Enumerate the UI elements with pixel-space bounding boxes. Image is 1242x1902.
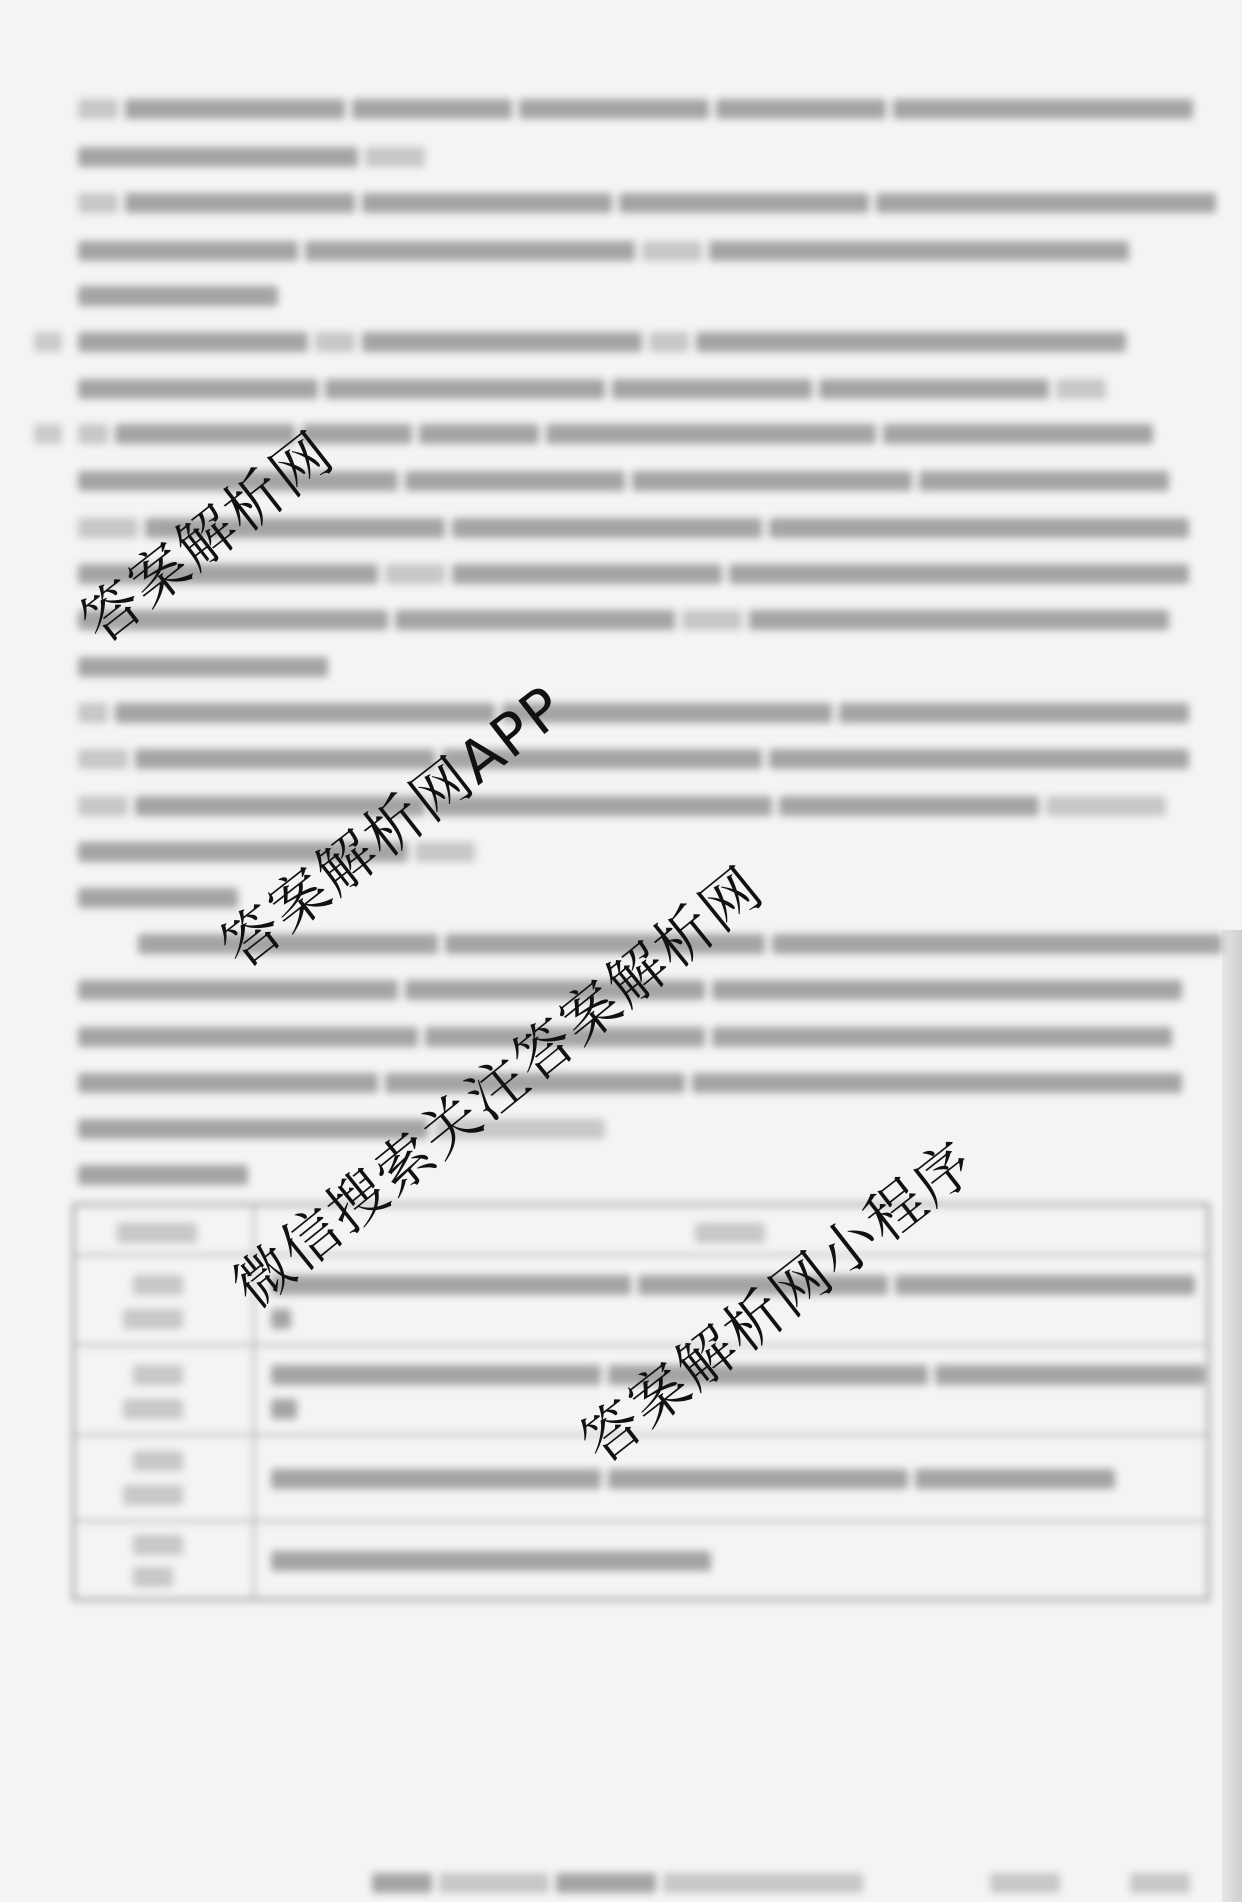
- text-line: [78, 748, 1189, 770]
- text-line: [78, 98, 1193, 120]
- text-line: [78, 1118, 605, 1140]
- table-row: [75, 1520, 1207, 1602]
- text-line: [78, 702, 1189, 724]
- table-header-description: [695, 1222, 765, 1244]
- text-line: [78, 609, 1169, 631]
- text-line: [78, 240, 1129, 262]
- page-footer-text: [372, 1872, 863, 1894]
- text-line: [78, 795, 1166, 817]
- text-line: [78, 331, 1126, 353]
- question-number: [34, 332, 62, 352]
- text-line: [78, 1164, 248, 1186]
- table-header-level: [117, 1222, 197, 1244]
- text-line: [78, 192, 1216, 214]
- page-footer-page: [1130, 1872, 1190, 1894]
- question-number: [34, 424, 62, 444]
- page-footer-code: [990, 1872, 1060, 1894]
- text-line: [78, 378, 1106, 400]
- text-line: [78, 423, 1153, 445]
- text-line: [78, 285, 278, 307]
- text-line: [78, 656, 328, 678]
- document-page: 答案解析网 答案解析网APP 微信搜索关注答案解析网 答案解析网小程序: [0, 0, 1242, 1902]
- text-line: [78, 1072, 1182, 1094]
- text-line: [78, 146, 425, 168]
- text-line: [78, 563, 1189, 585]
